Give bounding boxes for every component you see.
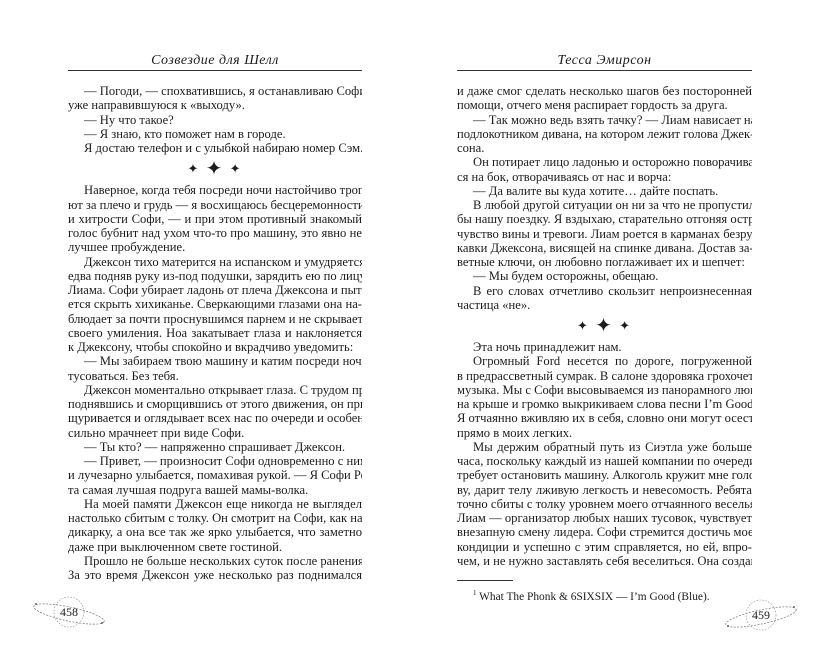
- page-number: 458: [30, 592, 108, 632]
- text-line: В любой другой ситуации он ни за что не …: [457, 198, 752, 212]
- text-line: — Привет, — произносит Софи одновременно…: [68, 454, 362, 468]
- text-line: — Мы забираем твою машину и катим посред…: [68, 354, 362, 368]
- text-line: чувство вины и тревоги. Лиам роется в ка…: [457, 227, 752, 241]
- text-line: ся на бок, отворачиваясь от нас и ворча:: [457, 170, 752, 184]
- text-line: музыка. Мы с Софи высовываемся из панора…: [457, 383, 752, 397]
- text-line: внезапную смену лидера. Софи стремится д…: [457, 525, 752, 539]
- text-line: к Джексону, чтобы спокойно и вкрадчиво у…: [68, 340, 362, 354]
- text-line: В его словах отчетливо скользит непроизн…: [457, 284, 752, 298]
- text-line: ветные ключи, он любовно поглаживает их …: [457, 255, 752, 269]
- section-break-ornament: ✦ ✦ ✦: [457, 312, 752, 340]
- text-line: Огромный Ford несется по дороге, погруже…: [457, 354, 752, 368]
- text-line: кондиции и успешно с этим справляется, н…: [457, 540, 752, 554]
- text-line: Прошло не больше нескольких суток после …: [68, 554, 362, 568]
- text-line: Лиам — организатор любых наших тусовок, …: [457, 511, 752, 525]
- text-line: чем, и не нужно заставлять себя веселить…: [457, 554, 752, 568]
- text-line: блюдает за почти проснувшимся парнем и н…: [68, 312, 362, 326]
- text-line: уже направившуюся к «выходу».: [68, 98, 362, 112]
- running-header: Созвездие для Шелл: [68, 52, 362, 71]
- star-icon: ✦: [230, 161, 243, 176]
- text-line: — Я знаю, кто поможет нам в городе.: [68, 127, 362, 141]
- star-icon: ✦: [619, 318, 632, 333]
- text-line: Наверное, когда тебя посреди ночи настой…: [68, 183, 362, 197]
- body-text: и даже смог сделать несколько шагов без …: [457, 84, 752, 604]
- text-line: лучшее пробуждение.: [68, 240, 362, 254]
- text-line: За это время Джексон уже несколько раз п…: [68, 568, 362, 582]
- text-line: требует остановить машину. Алкоголь круж…: [457, 468, 752, 482]
- text-line: и даже смог сделать несколько шагов без …: [457, 84, 752, 98]
- running-header: Тесса Эмирсон: [457, 52, 752, 71]
- text-line: на крыше и громко выкрикиваем слова песн…: [457, 397, 752, 411]
- text-line: кавки Джексона, висящей на спинке дивана…: [457, 241, 752, 255]
- page-number-badge: 458: [30, 592, 108, 632]
- text-line: — Мы будем осторожны, обещаю.: [457, 269, 752, 283]
- text-line: тусоваться. Без тебя.: [68, 369, 362, 383]
- text-line: и хитрости Софи, — и при этом противный …: [68, 212, 362, 226]
- text-line: точно сбиты с толку уровнем моего отчаян…: [457, 497, 752, 511]
- text-line: в предрассветный сумрак. В салоне здоров…: [457, 369, 752, 383]
- text-line: Эта ночь принадлежит нам.: [457, 340, 752, 354]
- text-line: Джексон моментально открывает глаза. С т…: [68, 383, 362, 397]
- star-icon: ✦: [577, 318, 590, 333]
- footnote: 1 What The Phonk & 6SIXSIX — I’m Good (B…: [457, 586, 752, 604]
- text-line: — Погоди, — спохватившись, я останавлива…: [68, 84, 362, 98]
- text-line: Я достаю телефон и с улыбкой набираю ном…: [68, 141, 362, 155]
- text-line: — Да валите вы куда хотите… дайте поспат…: [457, 184, 752, 198]
- text-line: — Так можно ведь взять тачку? — Лиам нав…: [457, 113, 752, 127]
- text-line: помощи, отчего меня распирает гордость з…: [457, 98, 752, 112]
- text-line: бы нашу поездку. Я вздыхаю, старательно …: [457, 212, 752, 226]
- footnote-marker: 1: [473, 589, 477, 597]
- text-line: — Ты кто? — напряженно спрашивает Джексо…: [68, 440, 362, 454]
- text-line: Он потирает лицо ладонью и осторожно пов…: [457, 155, 752, 169]
- text-line: ют за плечо и грудь — я восхищаюсь бесце…: [68, 198, 362, 212]
- text-line: своего умиления. Ноа закатывает глаза и …: [68, 326, 362, 340]
- section-break-ornament: ✦ ✦ ✦: [68, 155, 362, 183]
- page-number: 459: [722, 595, 800, 635]
- text-line: Лиама. Софи убирает ладонь от плеча Джек…: [68, 283, 362, 297]
- text-line: — Ну что такое?: [68, 113, 362, 127]
- text-line: Мы держим обратный путь из Сиэтла уже бо…: [457, 440, 752, 454]
- star-icon: ✦: [187, 161, 200, 176]
- text-line: едва подняв руку из-под подушки, зарядит…: [68, 269, 362, 283]
- text-line: щуривается и оглядывает всех нас по очер…: [68, 411, 362, 425]
- right-page: Тесса Эмирсон и даже смог сделать нескол…: [410, 0, 820, 661]
- text-line: ется скрыть хихиканье. Сверкающими глаза…: [68, 297, 362, 311]
- text-line: часа, поскольку каждый из нашей компании…: [457, 454, 752, 468]
- footnote-text: What The Phonk & 6SIXSIX — I’m Good (Blu…: [479, 591, 709, 603]
- text-line: голос бубнит над ухом что-то про машину,…: [68, 226, 362, 240]
- text-line: прямо в моих легких.: [457, 426, 752, 440]
- body-text: — Погоди, — спохватившись, я останавлива…: [68, 84, 362, 582]
- text-line: даже при выключенном свете гостиной.: [68, 540, 362, 554]
- text-line: ву, дарит телу лживую легкость и невесом…: [457, 483, 752, 497]
- text-line: сильно мрачнеет при виде Софи.: [68, 426, 362, 440]
- text-line: подлокотником дивана, на котором лежит г…: [457, 127, 752, 141]
- text-line: та самая лучшая подруга вашей мамы-волка…: [68, 483, 362, 497]
- text-line: настолько сбитым с толку. Он смотрит на …: [68, 511, 362, 525]
- text-line: частица «не».: [457, 298, 752, 312]
- text-line: На моей памяти Джексон еще никогда не вы…: [68, 497, 362, 511]
- text-line: Джексон тихо матерится на испанском и ум…: [68, 255, 362, 269]
- left-page: Созвездие для Шелл — Погоди, — спохватив…: [0, 0, 410, 661]
- text-line: сона.: [457, 141, 752, 155]
- text-line: поднявшись и сморщившись от этого движен…: [68, 397, 362, 411]
- text-line: Я отчаянно вживляю их в себя, словно они…: [457, 411, 752, 425]
- text-line: дикарку, а она все так же ярко улыбается…: [68, 525, 362, 539]
- text-line: и лучезарно улыбается, помахивая рукой. …: [68, 468, 362, 482]
- star-icon: ✦: [595, 315, 614, 337]
- star-icon: ✦: [206, 158, 225, 180]
- page-number-badge: 459: [722, 595, 800, 635]
